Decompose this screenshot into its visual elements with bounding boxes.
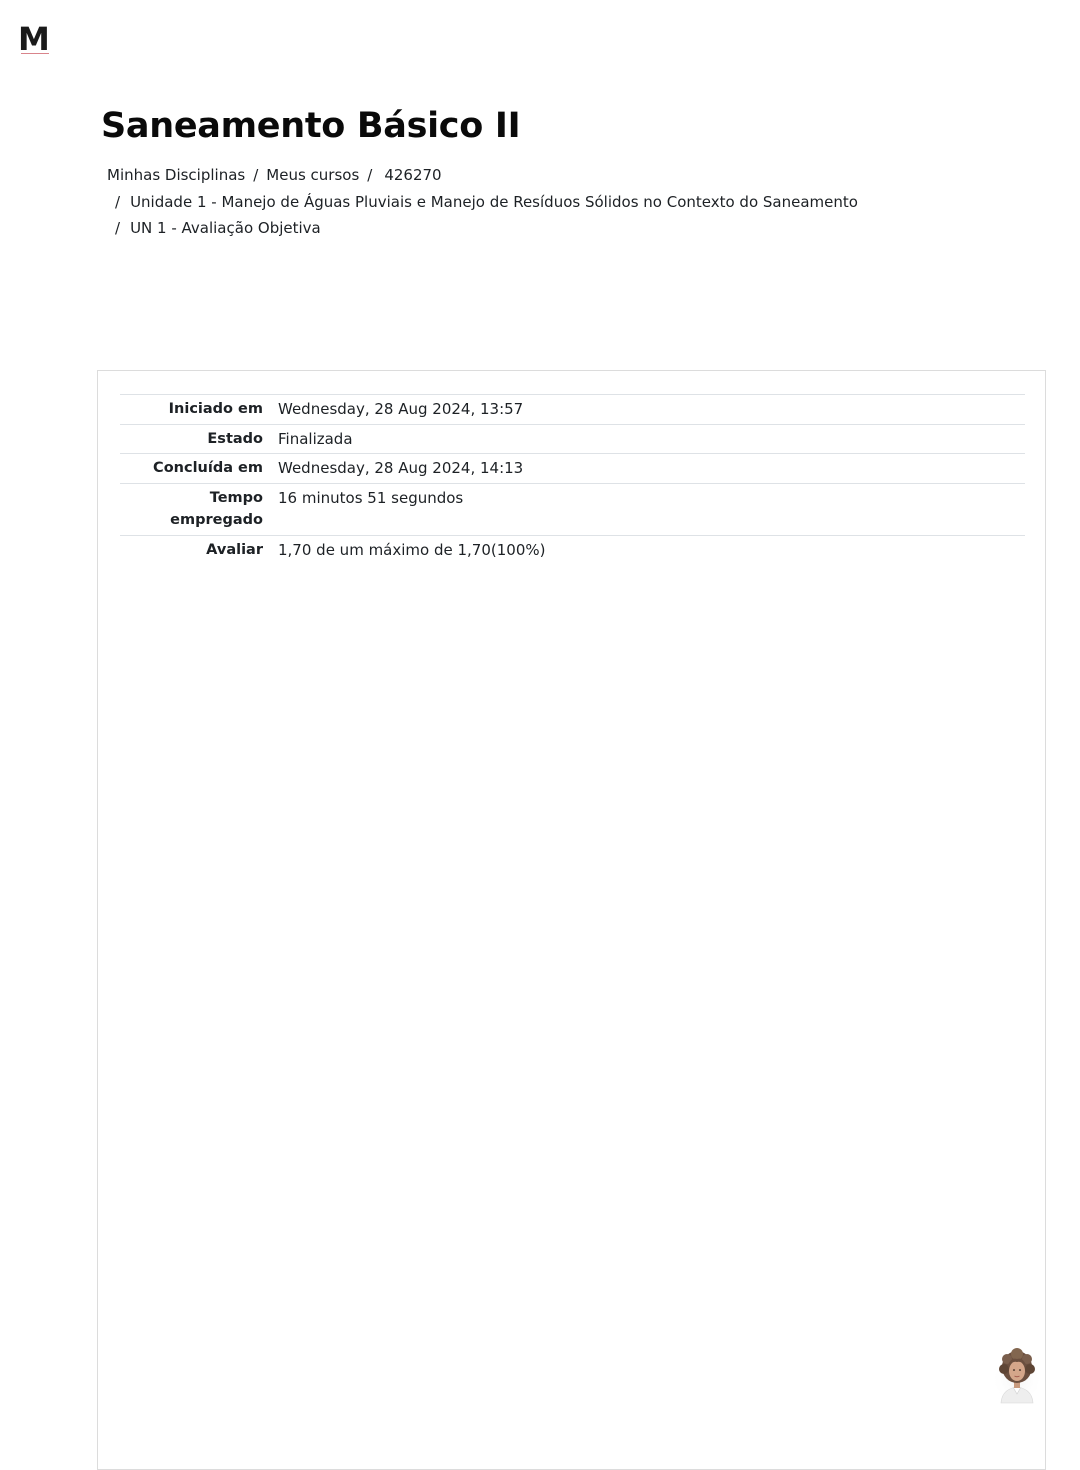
breadcrumb-item-course-id[interactable]: 426270 bbox=[384, 166, 441, 184]
page-header: Saneamento Básico II Minhas Disciplinas/… bbox=[101, 104, 1061, 242]
summary-label: Estado bbox=[120, 424, 271, 454]
quiz-review-card: Iniciado em Wednesday, 28 Aug 2024, 13:5… bbox=[97, 370, 1046, 1440]
logo-underline bbox=[21, 53, 49, 54]
summary-value: 1,70 de um máximo de 1,70(100%) bbox=[271, 535, 1025, 564]
summary-row-state: Estado Finalizada bbox=[120, 424, 1025, 454]
breadcrumb-item-unidade-1[interactable]: Unidade 1 - Manejo de Águas Pluviais e M… bbox=[130, 193, 858, 211]
summary-value: Wednesday, 28 Aug 2024, 13:57 bbox=[271, 395, 1025, 425]
summary-value: 16 minutos 51 segundos bbox=[271, 483, 1025, 535]
breadcrumb-item-avaliacao-objetiva[interactable]: UN 1 - Avaliação Objetiva bbox=[130, 219, 321, 237]
breadcrumb: Minhas Disciplinas/Meus cursos/426270 /U… bbox=[101, 162, 1061, 242]
breadcrumb-separator: / bbox=[107, 215, 130, 242]
summary-row-started: Iniciado em Wednesday, 28 Aug 2024, 13:5… bbox=[120, 395, 1025, 425]
breadcrumb-line-3: /UN 1 - Avaliação Objetiva bbox=[107, 215, 1061, 242]
summary-value: Wednesday, 28 Aug 2024, 14:13 bbox=[271, 454, 1025, 484]
breadcrumb-separator: / bbox=[359, 162, 384, 189]
assistant-avatar-icon bbox=[993, 1345, 1041, 1405]
breadcrumb-line-2: /Unidade 1 - Manejo de Águas Pluviais e … bbox=[107, 189, 1061, 216]
breadcrumb-line-1: Minhas Disciplinas/Meus cursos/426270 bbox=[107, 162, 1061, 189]
page-title: Saneamento Básico II bbox=[101, 104, 1061, 148]
summary-label: Concluída em bbox=[120, 454, 271, 484]
assistant-avatar-button[interactable] bbox=[993, 1345, 1041, 1405]
breadcrumb-separator: / bbox=[245, 162, 266, 189]
summary-row-completed: Concluída em Wednesday, 28 Aug 2024, 14:… bbox=[120, 454, 1025, 484]
breadcrumb-item-meus-cursos[interactable]: Meus cursos bbox=[266, 166, 359, 184]
summary-value: Finalizada bbox=[271, 424, 1025, 454]
summary-row-grade: Avaliar 1,70 de um máximo de 1,70(100%) bbox=[120, 535, 1025, 564]
summary-label: Iniciado em bbox=[120, 395, 271, 425]
summary-label: Avaliar bbox=[120, 535, 271, 564]
breadcrumb-item-minhas-disciplinas[interactable]: Minhas Disciplinas bbox=[107, 166, 245, 184]
summary-label: Tempo empregado bbox=[120, 483, 271, 535]
summary-row-time-taken: Tempo empregado 16 minutos 51 segundos bbox=[120, 483, 1025, 535]
site-logo[interactable]: M bbox=[18, 25, 52, 55]
breadcrumb-separator: / bbox=[107, 189, 130, 216]
attempt-summary-table: Iniciado em Wednesday, 28 Aug 2024, 13:5… bbox=[120, 394, 1025, 564]
